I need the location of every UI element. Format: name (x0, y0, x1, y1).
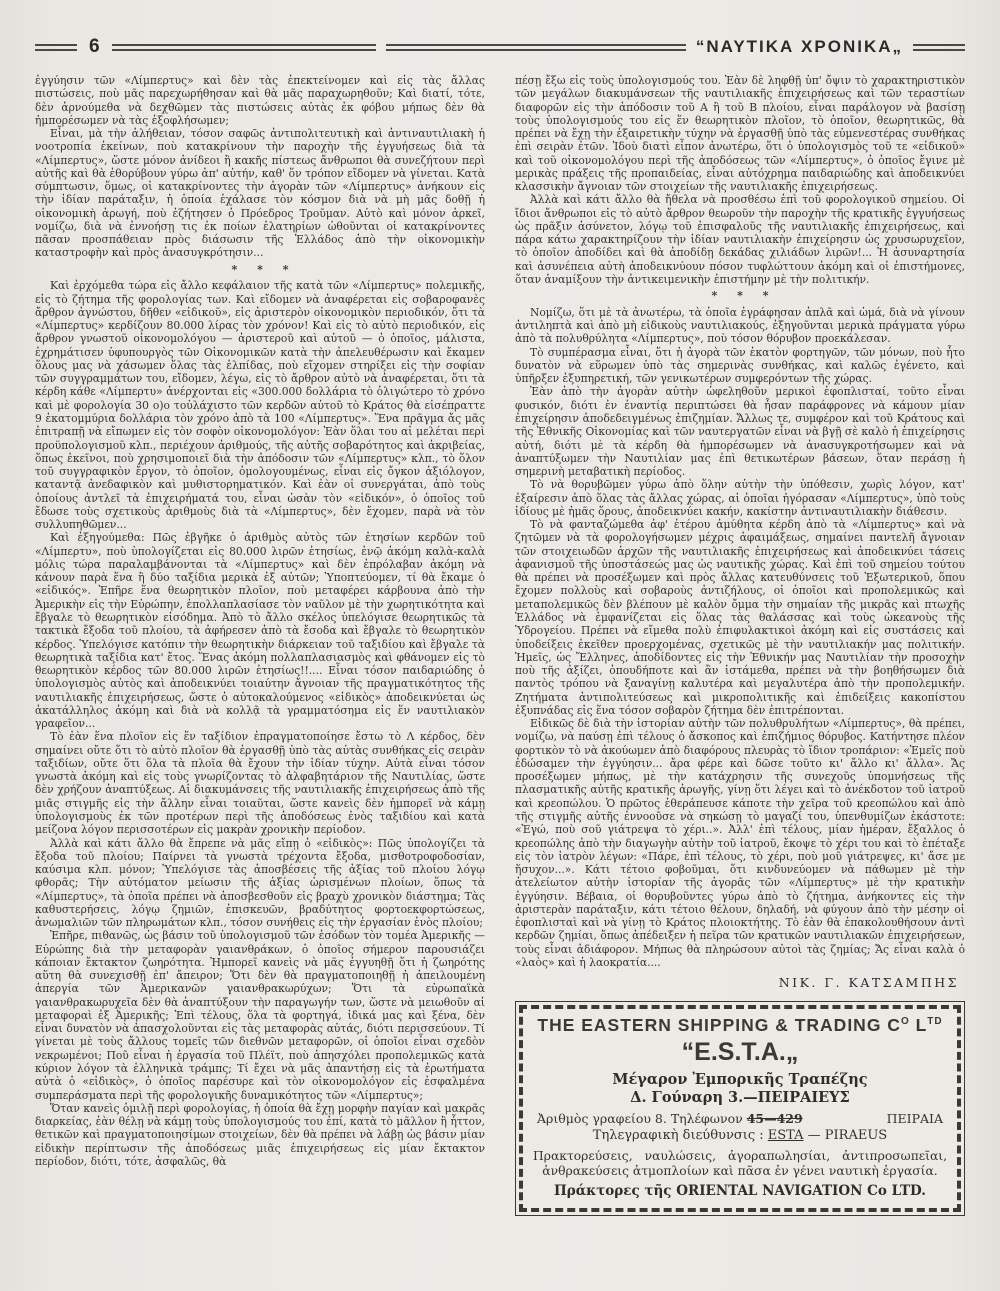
article-column-left: ἐγγύησιν τῶν «Λίμπερτυς» καὶ δὲν τὰς ἐπε… (35, 74, 485, 1168)
ad-phone-text: Ἀριθμὸς γραφείου 8. Τηλέφωνον 45—429 (537, 1111, 803, 1127)
ad-phone-line: Ἀριθμὸς γραφείου 8. Τηλέφωνον 45—429 ΠΕΙ… (533, 1111, 947, 1127)
ad-company-name: THE EASTERN SHIPPING & TRADING CO LTD (533, 1015, 947, 1037)
article-column-right: πέσῃ ἔξω εἰς τοὺς ὑπολογισμούς του. Ἐὰν … (515, 74, 965, 1216)
ad-telegraph-code: ESTA (768, 1128, 804, 1143)
article-paragraph: Τὸ νὰ θορυβῶμεν γύρω ἀπὸ ὅλην αὐτὴν τὴν … (515, 478, 965, 518)
article-paragraph: Καὶ ἐξηγούμεθα: Πῶς ἐβγῆκε ὁ ἀριθμὸς αὐτ… (35, 531, 485, 730)
article-column-right-text: πέσῃ ἔξω εἰς τοὺς ὑπολογισμούς του. Ἐὰν … (515, 74, 965, 969)
ad-phone-number: 45—429 (747, 1111, 803, 1126)
header-rule-left (35, 44, 77, 51)
article-paragraph: Ὅταν κανεὶς ὁμιλῇ περὶ φορολογίας, ἡ ὁπο… (35, 1102, 485, 1168)
ad-city: ΠΕΙΡΑΙΑ (887, 1111, 943, 1127)
article-columns: ἐγγύησιν τῶν «Λίμπερτυς» καὶ δὲν τὰς ἐπε… (35, 74, 965, 1216)
ad-agents-line: Πράκτορες τῆς ORIENTAL NAVIGATION Co LTD… (533, 1183, 947, 1200)
page-header: 6 “ΝΑΥΤΙΚΑ ΧΡΟΝΙΚΑ„ (35, 34, 965, 60)
header-rule-right (913, 44, 965, 51)
masthead-title: “ΝΑΥΤΙΚΑ ΧΡΟΝΙΚΑ„ (696, 37, 903, 57)
article-paragraph: Ἐὰν ἀπὸ τὴν ἀγορὰν αὐτὴν ὠφεληθοῦν μερικ… (515, 385, 965, 478)
article-paragraph: Τὸ ἐὰν ἕνα πλοῖον εἰς ἕν ταξίδιον ἐπραγμ… (35, 730, 485, 836)
ad-address-line: Δ. Γούναρη 3.—ΠΕΙΡΑΙΕΥΣ (533, 1089, 947, 1107)
article-paragraph: Νομίζω, ὅτι μὲ τὰ ἀνωτέρω, τὰ ὁποῖα ἐγρά… (515, 306, 965, 346)
ad-telegraph-line: Τηλεγραφικὴ διεύθυνσις : ESTA — PIRAEUS (533, 1128, 947, 1144)
article-paragraph: Τὸ συμπέρασμα εἶναι, ὅτι ἡ ἀγορὰ τῶν ἑκα… (515, 346, 965, 386)
ad-services-text: Πρακτορεύσεις, ναυλώσεις, ἀγοραπωλησίαι,… (533, 1149, 947, 1179)
article-paragraph: Τὸ νὰ φανταζώμεθα ἀφ' ἑτέρου ἀμύθητα κέρ… (515, 518, 965, 717)
article-paragraph: Ἐπῆρε, πιθανῶς, ὡς βάσιν τοῦ ὑπολογισμοῦ… (35, 929, 485, 1101)
article-paragraph: ἐγγύησιν τῶν «Λίμπερτυς» καὶ δὲν τὰς ἐπε… (35, 74, 485, 127)
advertisement-frame: THE EASTERN SHIPPING & TRADING CO LTD “E… (519, 1005, 961, 1212)
article-paragraph: Ἀλλὰ καὶ κάτι ἄλλο θὰ ἔπρεπε νὰ μᾶς εἴπῃ… (35, 837, 485, 930)
article-paragraph: Εἰδικῶς δὲ διὰ τὴν ἱστορίαν αὐτὴν τῶν πο… (515, 717, 965, 969)
section-separator: * * * (523, 289, 965, 303)
article-paragraph: Καὶ ἐρχόμεθα τώρα εἰς ἄλλο κεφάλαιον τῆς… (35, 279, 485, 531)
header-rule-mid-1 (112, 44, 376, 51)
article-paragraph: Ἀλλὰ καὶ κάτι ἄλλο θὰ ἤθελα νὰ προσθέσω … (515, 193, 965, 286)
page-number: 6 (87, 36, 102, 58)
ad-company-sup-o: O (901, 1016, 910, 1027)
ad-company-sup-td: TD (927, 1016, 942, 1027)
header-rule-mid-2 (386, 44, 686, 51)
ad-telegraph-city: PIRAEUS (825, 1128, 887, 1143)
article-paragraph: Εἶναι, μὰ τὴν ἀλήθειαν, τόσον σαφῶς ἀντι… (35, 127, 485, 260)
article-paragraph: πέσῃ ἔξω εἰς τοὺς ὑπολογισμούς του. Ἐὰν … (515, 74, 965, 193)
author-signature: ΝΙΚ. Γ. ΚΑΤΣΑΜΠΗΣ (515, 975, 959, 991)
ad-brand-esta: “E.S.T.A.„ (533, 1037, 947, 1068)
advertisement-box: THE EASTERN SHIPPING & TRADING CO LTD “E… (515, 1001, 965, 1216)
section-separator: * * * (43, 263, 485, 277)
magazine-page: 6 “ΝΑΥΤΙΚΑ ΧΡΟΝΙΚΑ„ ἐγγύησιν τῶν «Λίμπερ… (0, 0, 1000, 1291)
ad-building-line: Μέγαρον Ἐμπορικῆς Τραπέζης (533, 1071, 947, 1089)
